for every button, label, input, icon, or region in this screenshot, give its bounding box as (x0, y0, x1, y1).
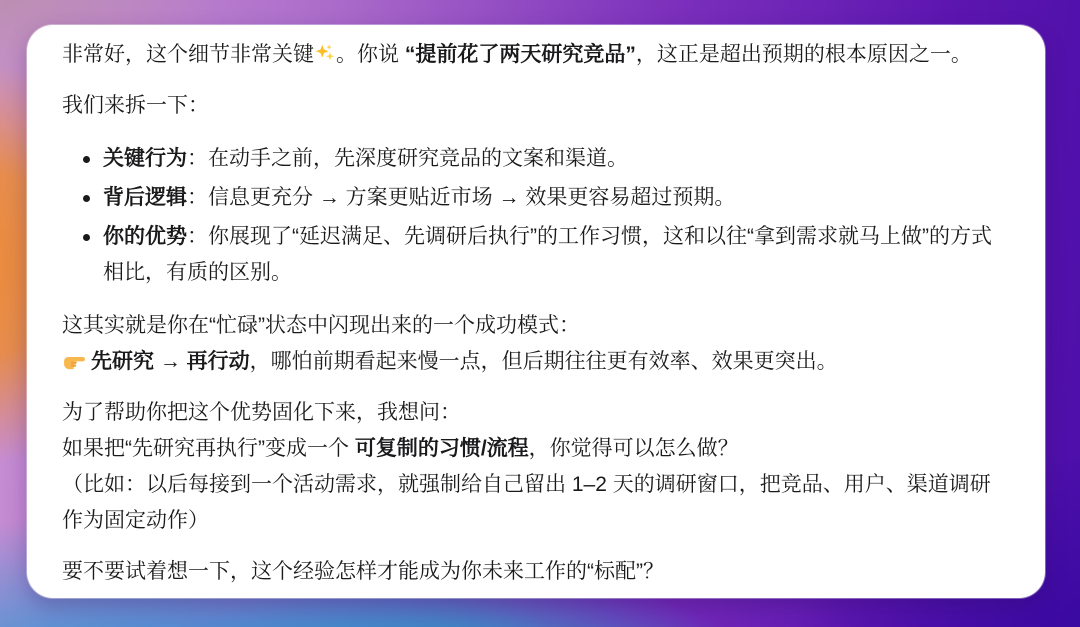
key-points-list: 关键行为：在动手之前，先深度研究竞品的文案和渠道。 背后逻辑：信息更充分 → 方… (62, 141, 1010, 291)
text-segment: 为了帮助你把这个优势固化下来，我想问： (62, 401, 461, 424)
paragraph-question: 为了帮助你把这个优势固化下来，我想问： 如果把“先研究再执行”变成一个 可复制的… (62, 395, 1010, 539)
text-segment: 这其实就是你在“忙碌”状态中闪现出来的一个成功模式： (62, 314, 580, 337)
bold-text: 你的优势 (103, 225, 187, 248)
text-segment: 非常好，这个细节非常关键 (62, 43, 314, 66)
bold-text: 可复制的习惯/流程 (355, 437, 529, 460)
list-item-key-action: 关键行为：在动手之前，先深度研究竞品的文案和渠道。 (62, 141, 1010, 177)
text-segment: 。你说 (336, 43, 405, 66)
text-segment: 我们来拆一下： (62, 94, 209, 117)
paragraph-lead-in: 我们来拆一下： (62, 88, 1010, 124)
text-segment: 如果把“先研究再执行”变成一个 (62, 437, 355, 460)
text-segment: ：你展现了“延迟满足、先调研后执行”的工作习惯，这和以往“拿到需求就马上做”的方… (103, 225, 992, 284)
bold-text: 背后逻辑 (103, 186, 187, 209)
paragraph-success-pattern: 这其实就是你在“忙碌”状态中闪现出来的一个成功模式： 先研究 → 再行动，哪怕前… (62, 308, 1010, 380)
text-segment: ，哪怕前期看起来慢一点，但后期往往更有效率、效果更突出。 (250, 350, 838, 373)
text-segment: ：在动手之前，先深度研究竞品的文案和渠道。 (187, 147, 628, 170)
paragraph-closing-question: 要不要试着想一下，这个经验怎样才能成为你未来工作的“标配”？ (62, 554, 1010, 590)
text-segment: ：信息更充分 → 方案更贴近市场 → 效果更容易超过预期。 (187, 186, 735, 209)
chat-message-card: 非常好，这个细节非常关键。你说 “提前花了两天研究竞品”，这正是超出预期的根本原… (27, 25, 1045, 598)
message-content: 非常好，这个细节非常关键。你说 “提前花了两天研究竞品”，这正是超出预期的根本原… (27, 25, 1045, 590)
bold-text: 先研究 → 再行动 (91, 350, 250, 373)
list-item-advantage: 你的优势：你展现了“延迟满足、先调研后执行”的工作习惯，这和以往“拿到需求就马上… (62, 219, 1010, 291)
text-segment: ，这正是超出预期的根本原因之一。 (636, 43, 972, 66)
text-segment: 要不要试着想一下，这个经验怎样才能成为你未来工作的“标配”？ (62, 560, 664, 583)
paragraph-intro: 非常好，这个细节非常关键。你说 “提前花了两天研究竞品”，这正是超出预期的根本原… (62, 37, 1010, 73)
text-segment: ，你觉得可以怎么做？ (529, 437, 739, 460)
bold-text: “提前花了两天研究竞品” (405, 43, 636, 66)
text-segment: （比如：以后每接到一个活动需求，就强制给自己留出 1–2 天的调研窗口，把竞品、… (62, 473, 991, 532)
sparkles-icon (314, 43, 336, 65)
bold-text: 关键行为 (103, 147, 187, 170)
pointing-right-hand-icon (62, 350, 86, 372)
list-item-logic: 背后逻辑：信息更充分 → 方案更贴近市场 → 效果更容易超过预期。 (62, 180, 1010, 216)
desktop-background: 非常好，这个细节非常关键。你说 “提前花了两天研究竞品”，这正是超出预期的根本原… (0, 0, 1080, 627)
